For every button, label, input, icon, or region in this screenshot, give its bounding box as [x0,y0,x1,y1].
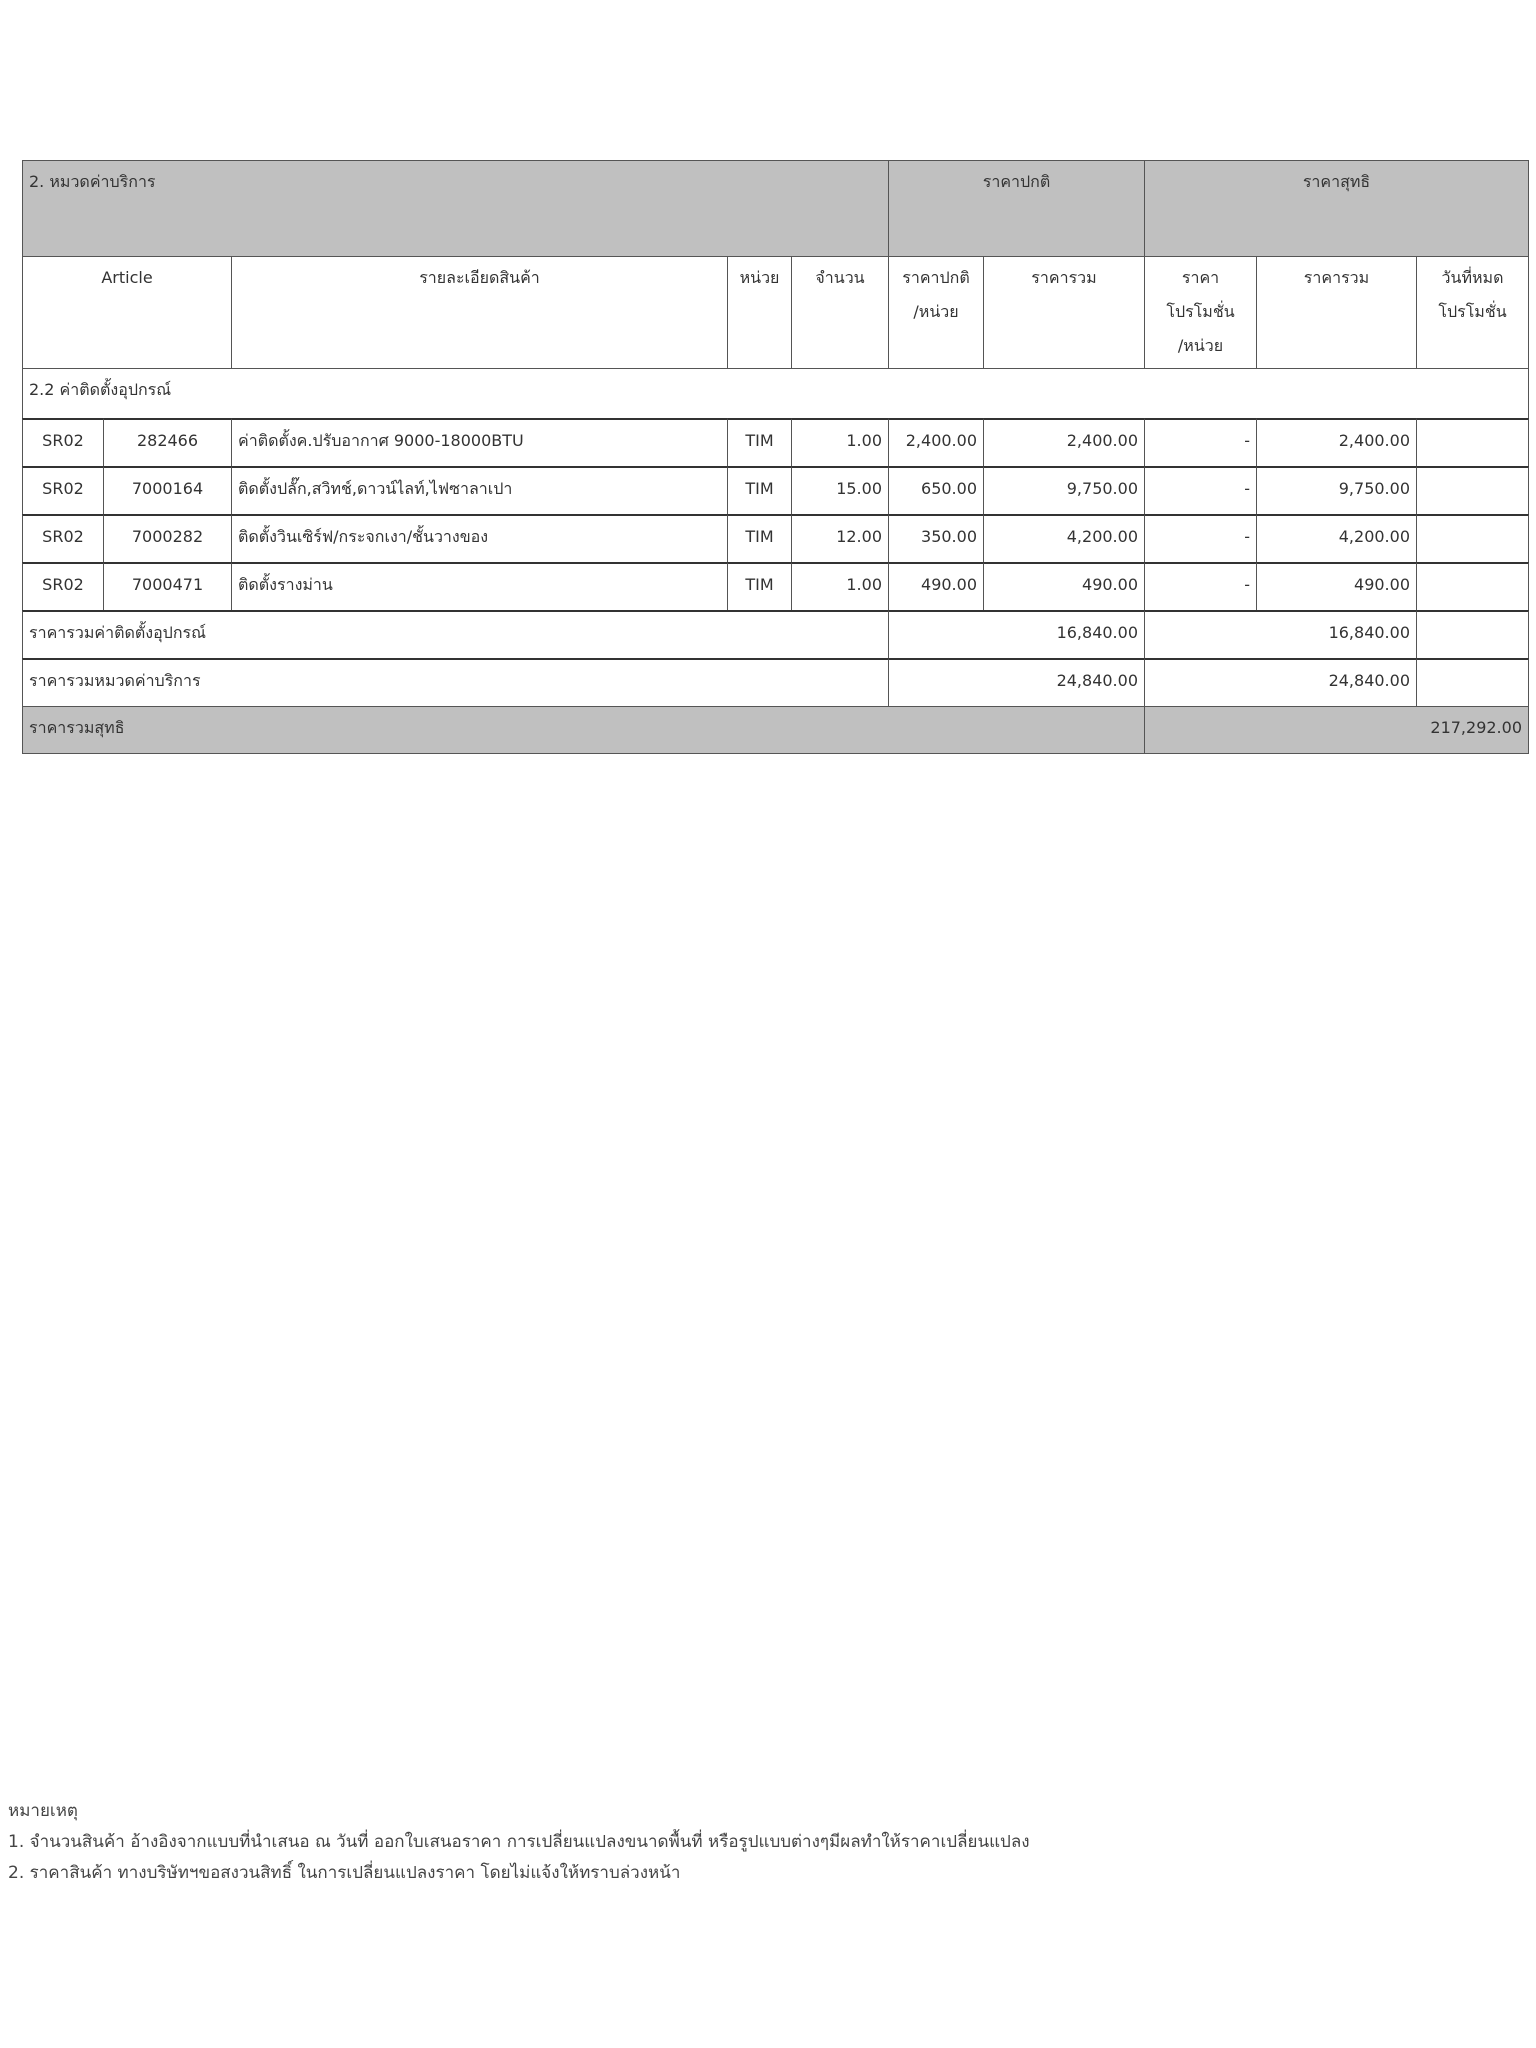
row-code: SR02 [22,466,104,515]
col-header-article: Article [22,256,232,369]
note-item-2: 2. ราคาสินค้า ทางบริษัทฯขอสงวนสิทธิ์ ในก… [8,1858,1030,1889]
row-promo-end [1416,562,1529,611]
notes-title: หมายเหตุ [8,1796,1030,1827]
group-header-net: ราคาสุทธิ [1144,160,1529,257]
section-title: 2. หมวดค่าบริการ [22,160,889,257]
row-total: 4,200.00 [983,514,1145,563]
row-quantity: 1.00 [791,418,889,467]
row-code: SR02 [22,418,104,467]
row-promo-price: - [1144,466,1257,515]
col-header-regular-total: ราคารวม [983,256,1145,369]
note-item-1: 1. จำนวนสินค้า อ้างอิงจากแบบที่นำเสนอ ณ … [8,1827,1030,1858]
row-total: 2,400.00 [983,418,1145,467]
row-unit: TIM [727,466,792,515]
row-net-total: 9,750.00 [1256,466,1417,515]
notes-section: หมายเหตุ 1. จำนวนสินค้า อ้างอิงจากแบบที่… [8,1796,1030,1889]
row-unit-price: 650.00 [888,466,984,515]
row-promo-price: - [1144,514,1257,563]
row-unit: TIM [727,418,792,467]
row-promo-end [1416,466,1529,515]
row-net-total: 490.00 [1256,562,1417,611]
col-header-net-total: ราคารวม [1256,256,1417,369]
subtotal-install-label: ราคารวมค่าติดตั้งอุปกรณ์ [22,610,889,659]
row-description: ติดตั้งรางม่าน [231,562,728,611]
row-article: 282466 [103,418,232,467]
row-article: 7000282 [103,514,232,563]
subtotal-install-regular: 16,840.00 [888,610,1145,659]
row-unit-price: 2,400.00 [888,418,984,467]
subtotal-service-blank [1416,658,1529,707]
row-net-total: 4,200.00 [1256,514,1417,563]
row-promo-price: - [1144,562,1257,611]
row-promo-price: - [1144,418,1257,467]
row-description: ติดตั้งปลั๊ก,สวิทช์,ดาวน์ไลท์,ไฟซาลาเปา [231,466,728,515]
row-promo-end [1416,418,1529,467]
row-quantity: 15.00 [791,466,889,515]
grand-total-label: ราคารวมสุทธิ [22,706,1145,754]
row-unit: TIM [727,562,792,611]
subtotal-install-blank [1416,610,1529,659]
subtotal-service-regular: 24,840.00 [888,658,1145,707]
row-unit: TIM [727,514,792,563]
row-description: ติดตั้งวินเซิร์ฟ/กระจกเงา/ชั้นวางของ [231,514,728,563]
row-code: SR02 [22,562,104,611]
row-unit-price: 490.00 [888,562,984,611]
subtotal-service-label: ราคารวมหมวดค่าบริการ [22,658,889,707]
col-header-unit: หน่วย [727,256,792,369]
row-total: 9,750.00 [983,466,1145,515]
group-header-regular: ราคาปกติ [888,160,1145,257]
col-header-regular-unit-price: ราคาปกติ /หน่วย [888,256,984,369]
grand-total-value: 217,292.00 [1144,706,1529,754]
row-promo-end [1416,514,1529,563]
row-code: SR02 [22,514,104,563]
col-header-description: รายละเอียดสินค้า [231,256,728,369]
subtotal-install-net: 16,840.00 [1144,610,1417,659]
row-quantity: 12.00 [791,514,889,563]
col-header-promo-end-date: วันที่หมด โปรโมชั่น [1416,256,1529,369]
col-header-promo-unit-price: ราคา โปรโมชั่น /หน่วย [1144,256,1257,369]
row-net-total: 2,400.00 [1256,418,1417,467]
row-article: 7000471 [103,562,232,611]
col-header-quantity: จำนวน [791,256,889,369]
row-description: ค่าติดตั้งค.ปรับอากาศ 9000-18000BTU [231,418,728,467]
subsection-title: 2.2 ค่าติดตั้งอุปกรณ์ [22,368,1529,419]
row-article: 7000164 [103,466,232,515]
row-unit-price: 350.00 [888,514,984,563]
row-quantity: 1.00 [791,562,889,611]
subtotal-service-net: 24,840.00 [1144,658,1417,707]
row-total: 490.00 [983,562,1145,611]
